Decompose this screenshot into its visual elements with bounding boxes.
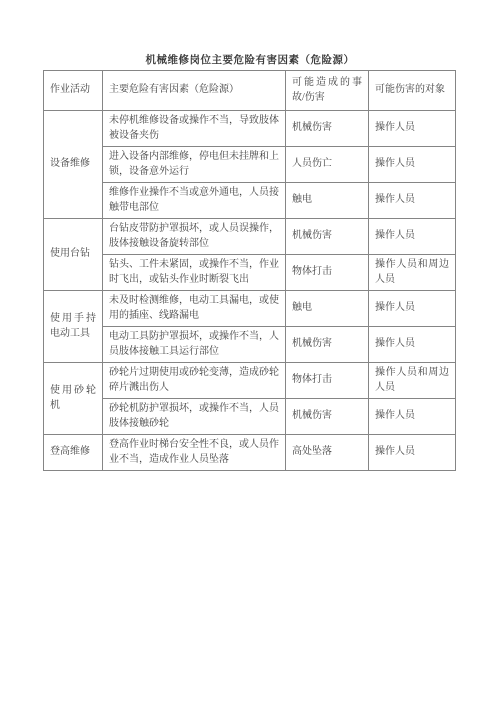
harm-target-cell: 操作人员 bbox=[369, 291, 456, 327]
accident-type-cell: 机械伤害 bbox=[286, 219, 369, 255]
harm-target-cell: 操作人员 bbox=[369, 327, 456, 363]
table-row: 钻头、工件未紧固，或操作不当，作业时飞出，或钻头作业时断裂飞出 物体打击 操作人… bbox=[44, 255, 456, 291]
hazard-cell: 砂轮机防护罩损坏，或操作不当，人员肢体接触砂轮 bbox=[103, 399, 286, 435]
table-row: 进入设备内部维修，停电但未挂牌和上锁，设备意外运行 人员伤亡 操作人员 bbox=[44, 147, 456, 183]
document-title: 机械维修岗位主要危险有害因素（危险源） bbox=[0, 52, 500, 67]
accident-type-cell: 人员伤亡 bbox=[286, 147, 369, 183]
accident-type-cell: 机械伤害 bbox=[286, 399, 369, 435]
harm-target-cell: 操作人员 bbox=[369, 399, 456, 435]
activity-group-label: 使用台钻 bbox=[44, 219, 103, 291]
harm-target-cell: 操作人员和周边人员 bbox=[369, 363, 456, 399]
table-row: 使用手持电动工具 未及时检测维修，电动工具漏电，或使用的插座、线路漏电 触电 操… bbox=[44, 291, 456, 327]
harm-target-cell: 操作人员和周边人员 bbox=[369, 255, 456, 291]
table-row: 维修作业操作不当或意外通电，人员接触带电部位 触电 操作人员 bbox=[44, 183, 456, 219]
activity-group-label: 登高维修 bbox=[44, 435, 103, 471]
accident-type-cell: 物体打击 bbox=[286, 363, 369, 399]
harm-target-cell: 操作人员 bbox=[369, 111, 456, 147]
hazard-table: 作业活动 主要危险有害因素（危险源） 可能造成的事故/伤害 可能伤害的对象 设备… bbox=[43, 70, 456, 471]
table-row: 登高维修 登高作业时梯台安全性不良，或人员作业不当，造成作业人员坠落 高处坠落 … bbox=[44, 435, 456, 471]
table-row: 电动工具防护罩损坏，或操作不当，人员肢体接触工具运行部位 机械伤害 操作人员 bbox=[44, 327, 456, 363]
column-header-hazard: 主要危险有害因素（危险源） bbox=[103, 71, 286, 111]
table-row: 设备维修 未停机维修设备或操作不当，导致肢体被设备夹伤 机械伤害 操作人员 bbox=[44, 111, 456, 147]
harm-target-cell: 操作人员 bbox=[369, 219, 456, 255]
accident-type-cell: 机械伤害 bbox=[286, 111, 369, 147]
hazard-cell: 进入设备内部维修，停电但未挂牌和上锁，设备意外运行 bbox=[103, 147, 286, 183]
hazard-cell: 砂轮片过期使用或砂轮变薄，造成砂轮碎片溅出伤人 bbox=[103, 363, 286, 399]
hazard-cell: 电动工具防护罩损坏，或操作不当，人员肢体接触工具运行部位 bbox=[103, 327, 286, 363]
accident-type-cell: 机械伤害 bbox=[286, 327, 369, 363]
column-header-activity: 作业活动 bbox=[44, 71, 103, 111]
hazard-cell: 台钻皮带防护罩损坏，或人员误操作，肢体接触设备旋转部位 bbox=[103, 219, 286, 255]
hazard-cell: 钻头、工件未紧固，或操作不当，作业时飞出，或钻头作业时断裂飞出 bbox=[103, 255, 286, 291]
accident-type-cell: 触电 bbox=[286, 291, 369, 327]
accident-type-cell: 物体打击 bbox=[286, 255, 369, 291]
accident-type-cell: 触电 bbox=[286, 183, 369, 219]
column-header-target: 可能伤害的对象 bbox=[369, 71, 456, 111]
harm-target-cell: 操作人员 bbox=[369, 147, 456, 183]
table-row: 使用砂轮机 砂轮片过期使用或砂轮变薄，造成砂轮碎片溅出伤人 物体打击 操作人员和… bbox=[44, 363, 456, 399]
hazard-cell: 登高作业时梯台安全性不良，或人员作业不当，造成作业人员坠落 bbox=[103, 435, 286, 471]
activity-group-label: 设备维修 bbox=[44, 111, 103, 219]
activity-group-label: 使用砂轮机 bbox=[44, 363, 103, 435]
harm-target-cell: 操作人员 bbox=[369, 183, 456, 219]
hazard-cell: 未及时检测维修，电动工具漏电，或使用的插座、线路漏电 bbox=[103, 291, 286, 327]
table-row: 砂轮机防护罩损坏，或操作不当，人员肢体接触砂轮 机械伤害 操作人员 bbox=[44, 399, 456, 435]
harm-target-cell: 操作人员 bbox=[369, 435, 456, 471]
table-header-row: 作业活动 主要危险有害因素（危险源） 可能造成的事故/伤害 可能伤害的对象 bbox=[44, 71, 456, 111]
hazard-cell: 维修作业操作不当或意外通电，人员接触带电部位 bbox=[103, 183, 286, 219]
hazard-cell: 未停机维修设备或操作不当，导致肢体被设备夹伤 bbox=[103, 111, 286, 147]
accident-type-cell: 高处坠落 bbox=[286, 435, 369, 471]
column-header-accident: 可能造成的事故/伤害 bbox=[286, 71, 369, 111]
activity-group-label: 使用手持电动工具 bbox=[44, 291, 103, 363]
table-row: 使用台钻 台钻皮带防护罩损坏，或人员误操作，肢体接触设备旋转部位 机械伤害 操作… bbox=[44, 219, 456, 255]
